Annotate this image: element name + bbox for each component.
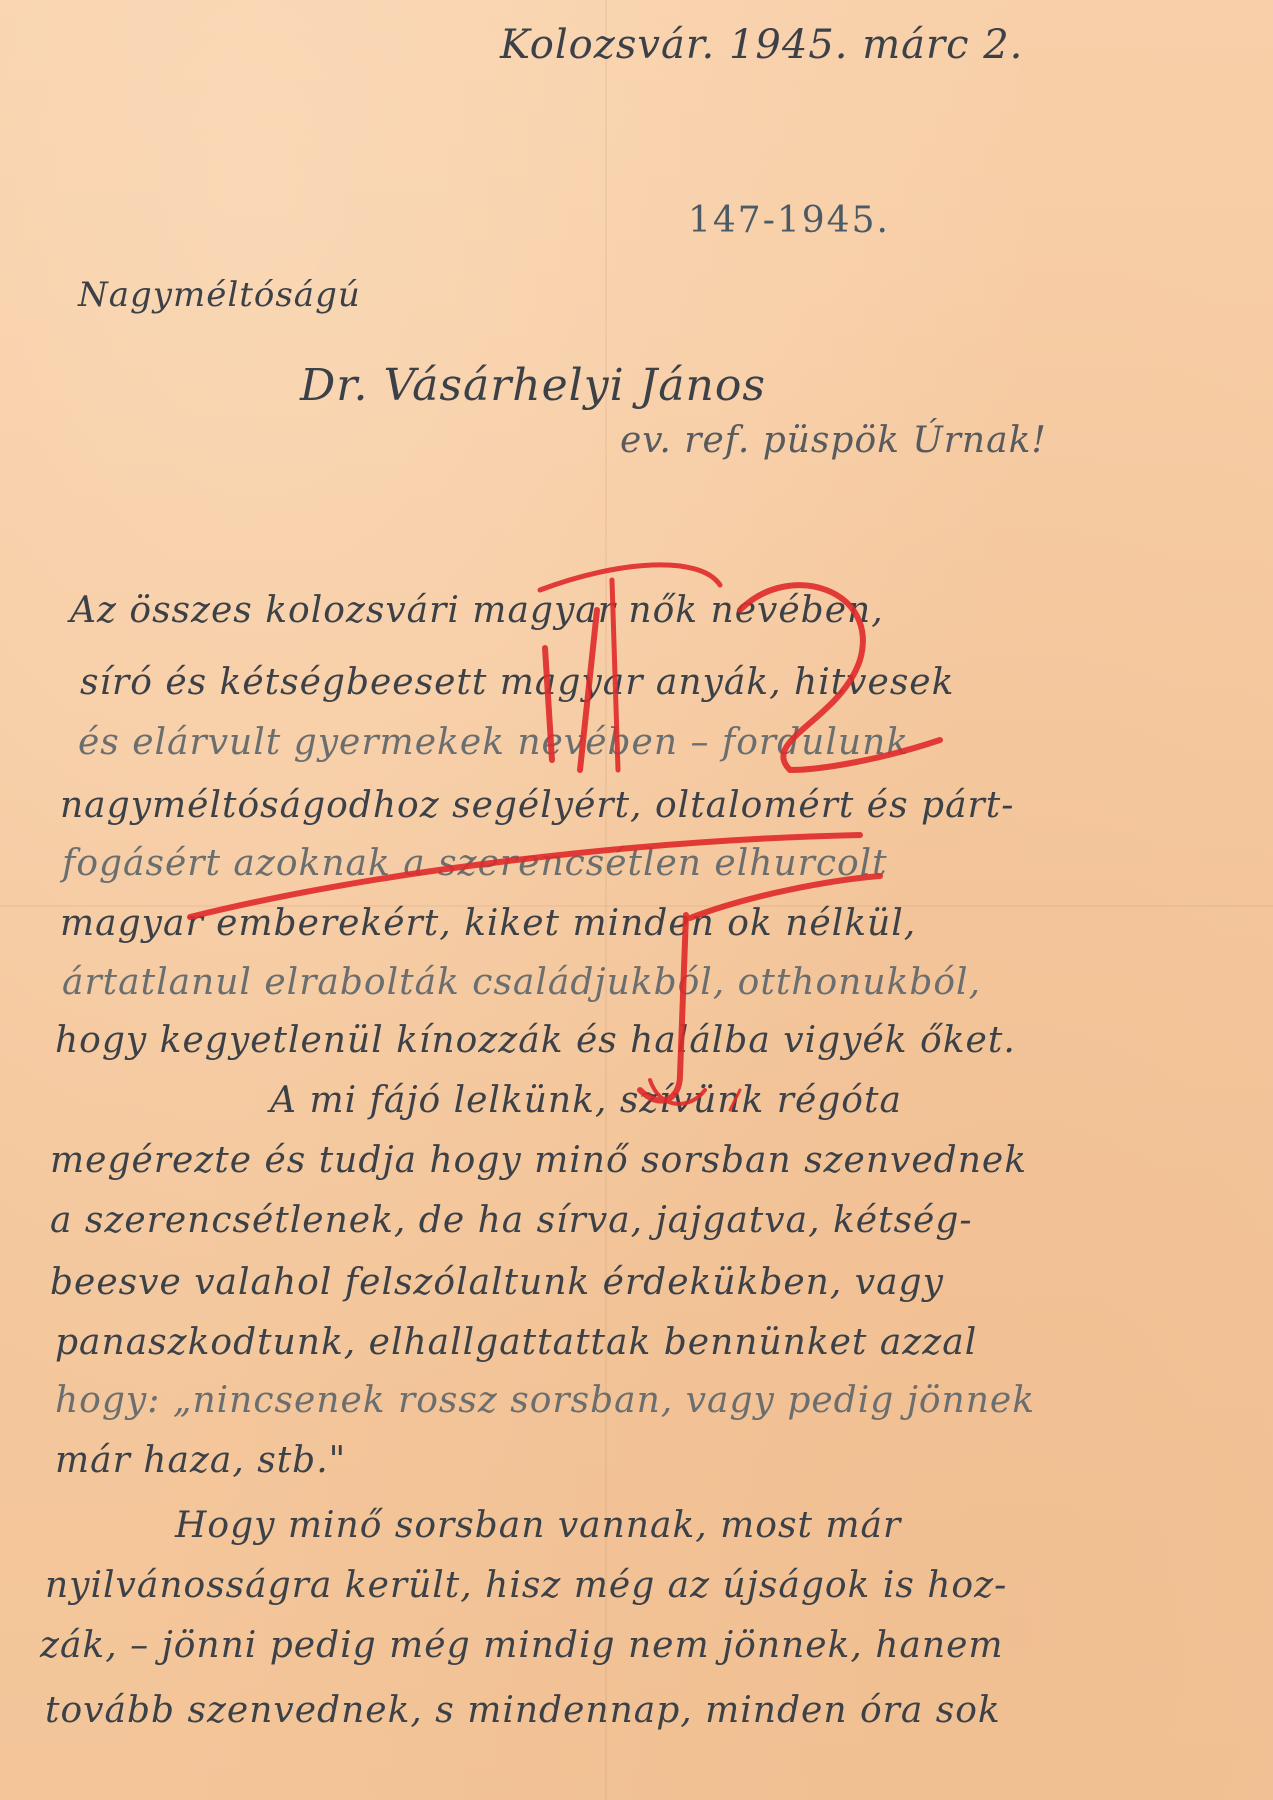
recipient-name: Dr. Vásárhelyi János <box>300 360 766 411</box>
body-line: tovább szenvednek, s mindennap, minden ó… <box>45 1690 1001 1731</box>
body-line: fogásért azoknak a szerencsétlen elhurco… <box>62 843 888 884</box>
body-line: hogy kegyetlenül kínozzák és halálba vig… <box>55 1020 1016 1061</box>
body-line: nagyméltóságodhoz segélyért, oltalomért … <box>60 785 1014 826</box>
body-line: magyar emberekért, kiket minden ok nélkü… <box>60 903 916 944</box>
body-line: hogy: „nincsenek rossz sorsban, vagy ped… <box>55 1380 1035 1421</box>
body-line: A mi fájó lelkünk, szívünk régóta <box>270 1080 902 1121</box>
body-line: megérezte és tudja hogy minő sorsban sze… <box>50 1140 1027 1181</box>
body-line: panaszkodtunk, elhallgattattak bennünket… <box>55 1322 977 1363</box>
body-line: beesve valahol felszólaltunk érdekükben,… <box>50 1262 944 1303</box>
salutation: Nagyméltóságú <box>78 275 361 315</box>
body-line: a szerencsétlenek, de ha sírva, jajgatva… <box>50 1200 973 1241</box>
body-line: nyilvánosságra került, hisz még az újság… <box>45 1565 1007 1606</box>
body-line: Hogy minő sorsban vannak, most már <box>175 1505 901 1546</box>
registration-number: 147-1945. <box>688 200 890 241</box>
body-line: ártatlanul elrabolták családjukból, otth… <box>62 962 981 1003</box>
body-line: síró és kétségbeesett magyar anyák, hitv… <box>80 662 954 703</box>
body-line: Az összes kolozsvári magyar nők nevében, <box>70 590 884 631</box>
body-line: és elárvult gyermekek nevében – fordulun… <box>78 722 909 763</box>
body-line: már haza, stb." <box>55 1440 346 1481</box>
place-date: Kolozsvár. 1945. márc 2. <box>500 22 1023 68</box>
recipient-title: ev. ref. püspök Úrnak! <box>620 420 1047 461</box>
body-line: zák, – jönni pedig még mindig nem jönnek… <box>40 1625 1004 1666</box>
